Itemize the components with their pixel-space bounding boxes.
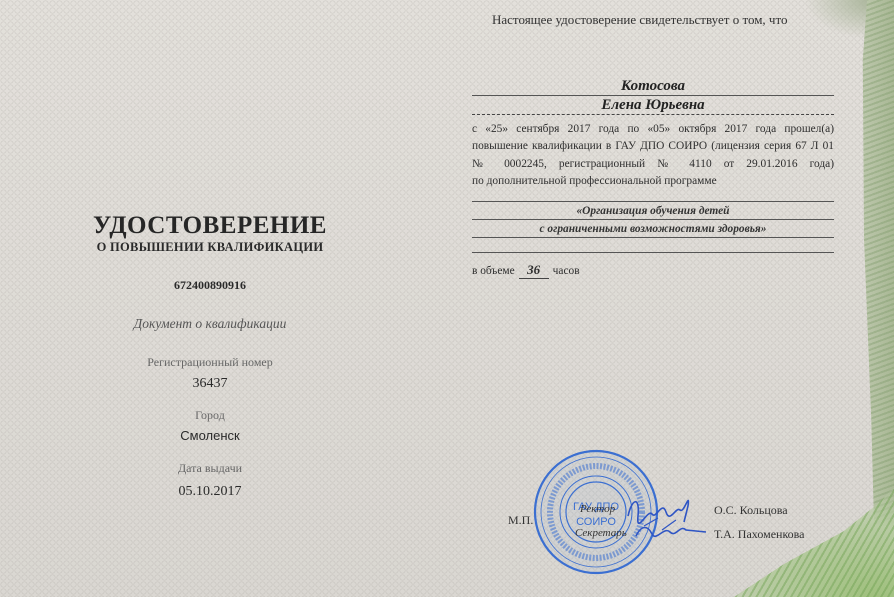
given-name: Елена Юрьевна bbox=[472, 97, 834, 114]
description-line: № 0002245, регистрационный № 4110 от 29.… bbox=[472, 156, 834, 173]
document-type: Документ о квалификации bbox=[50, 316, 370, 332]
volume-prefix: в объеме bbox=[472, 265, 515, 277]
city-label: Город bbox=[50, 408, 370, 423]
program-line-rule bbox=[472, 252, 834, 253]
secretary-role: Секретарь bbox=[575, 527, 627, 539]
document-number: 672400890916 bbox=[50, 278, 370, 293]
surname-underline bbox=[472, 95, 834, 96]
description-line: повышение квалификации в ГАУ ДПО СОИРО (… bbox=[472, 138, 834, 155]
program-title-line2: с ограниченными возможностями здоровья» bbox=[472, 223, 834, 235]
rector-role: Ректор bbox=[580, 503, 615, 515]
certificate-title: УДОСТОВЕРЕНИЕ bbox=[50, 212, 370, 240]
program-line-rule bbox=[472, 219, 834, 220]
rector-name: О.С. Кольцова bbox=[714, 503, 788, 518]
signature-scribble-icon bbox=[618, 486, 708, 546]
program-line-rule bbox=[472, 201, 834, 202]
course-description: с «25» сентября 2017 года по «05» октябр… bbox=[472, 121, 834, 190]
intro-text: Настоящее удостоверение свидетельствует … bbox=[492, 12, 787, 28]
program-title-line1: «Организация обучения детей bbox=[472, 205, 834, 217]
left-page: УДОСТОВЕРЕНИЕ О ПОВЫШЕНИИ КВАЛИФИКАЦИИ 6… bbox=[50, 0, 370, 597]
registration-number-label: Регистрационный номер bbox=[50, 355, 370, 370]
city: Смоленск bbox=[50, 428, 370, 443]
hours-value: 36 bbox=[519, 262, 549, 279]
description-line: с «25» сентября 2017 года по «05» октябр… bbox=[472, 121, 834, 138]
issue-date: 05.10.2017 bbox=[50, 484, 370, 500]
given-name-underline bbox=[472, 114, 834, 115]
volume-suffix: часов bbox=[553, 265, 580, 277]
program-line-rule bbox=[472, 237, 834, 238]
secretary-name: Т.А. Пахоменкова bbox=[714, 527, 805, 542]
description-line: по дополнительной профессиональной прогр… bbox=[472, 173, 834, 190]
course-volume: в объеме36часов bbox=[472, 262, 580, 279]
registration-number: 36437 bbox=[50, 376, 370, 392]
seal-placeholder-label: М.П. bbox=[508, 513, 533, 528]
surname: Котосова bbox=[472, 78, 834, 95]
issue-date-label: Дата выдачи bbox=[50, 461, 370, 476]
certificate-subtitle: О ПОВЫШЕНИИ КВАЛИФИКАЦИИ bbox=[50, 240, 370, 255]
